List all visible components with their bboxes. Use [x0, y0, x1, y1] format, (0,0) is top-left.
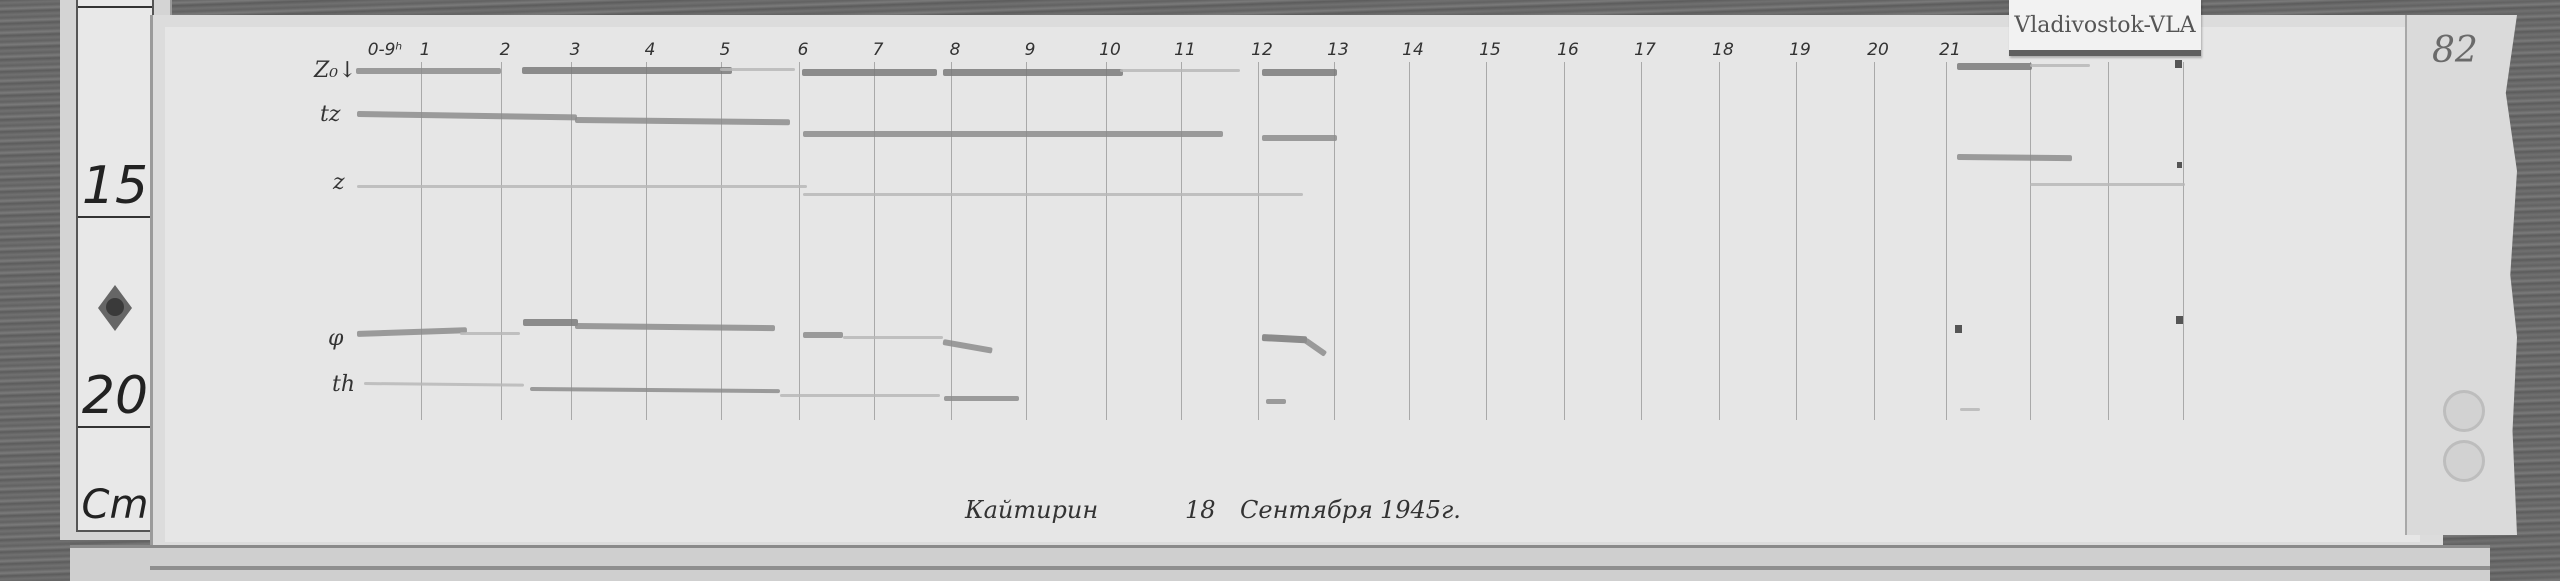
hour-line: [874, 62, 875, 420]
trace-label-z: z: [333, 170, 345, 195]
hour-label: 15: [1479, 40, 1501, 60]
torn-paper-flap: [2405, 15, 2517, 535]
hour-line: [1334, 62, 1335, 420]
hour-line: [2183, 62, 2184, 420]
trace-label-th: th: [332, 372, 355, 397]
ruler-cell: 15: [78, 6, 152, 218]
hour-line: [1946, 62, 1947, 420]
punch-hole-icon: [2443, 390, 2485, 432]
hour-line: [1874, 62, 1875, 420]
pin-head-icon: [106, 298, 124, 316]
hour-label: 14: [1402, 40, 1424, 60]
hour-label: 0-9ʰ: [368, 40, 403, 60]
hour-line: [1106, 62, 1107, 420]
hour-line: [1719, 62, 1720, 420]
hour-label: 11: [1174, 40, 1196, 60]
hour-label: 6: [798, 40, 809, 60]
operator-signature: Кайтирин: [965, 496, 1098, 524]
hour-line: [1258, 62, 1259, 420]
hour-line: [1796, 62, 1797, 420]
ruler-unit: Cm: [78, 482, 152, 528]
ruler-mark-15: 15: [78, 156, 152, 216]
hour-label: 20: [1867, 40, 1889, 60]
trace-label-phi: φ: [328, 326, 343, 351]
hour-line: [1181, 62, 1182, 420]
hour-line: [799, 62, 800, 420]
date-year: 1945г.: [1380, 496, 1461, 524]
hour-label: 13: [1327, 40, 1349, 60]
hour-line: [646, 62, 647, 420]
page-number: 82: [2432, 30, 2478, 71]
hour-label: 17: [1634, 40, 1656, 60]
hour-label: 12: [1251, 40, 1273, 60]
hour-label: 5: [720, 40, 731, 60]
date-month: Сентября: [1240, 496, 1373, 524]
bottom-mount-strip: [70, 545, 2490, 581]
hour-line: [1564, 62, 1565, 420]
hour-line: [951, 62, 952, 420]
trace-label-baseline: Z₀↓: [314, 58, 357, 83]
hour-label: 2: [500, 40, 511, 60]
hour-label: 3: [570, 40, 581, 60]
hour-line: [1026, 62, 1027, 420]
hour-label: 10: [1099, 40, 1121, 60]
hour-label: 7: [873, 40, 884, 60]
hour-line: [721, 62, 722, 420]
date-day: 18: [1185, 496, 1216, 524]
hour-label: 16: [1557, 40, 1579, 60]
punch-hole-icon: [2443, 440, 2485, 482]
hour-label: 18: [1712, 40, 1734, 60]
station-tag: Vladivostok-VLA: [2009, 0, 2201, 56]
hour-label: 19: [1789, 40, 1811, 60]
ruler-mark-20: 20: [78, 366, 152, 426]
magnetogram-paper: [165, 27, 2420, 542]
hour-line: [1486, 62, 1487, 420]
scale-ruler: 15 20 Cm: [76, 0, 154, 532]
hour-label: 9: [1025, 40, 1036, 60]
hour-line: [2030, 62, 2031, 420]
hour-line: [1409, 62, 1410, 420]
hour-label: 4: [645, 40, 656, 60]
hour-line: [2108, 62, 2109, 420]
hour-label: 8: [950, 40, 961, 60]
hour-label: 1: [420, 40, 431, 60]
trace-label-tz: tz: [320, 102, 340, 127]
hour-line: [1641, 62, 1642, 420]
hour-label: 21: [1939, 40, 1961, 60]
